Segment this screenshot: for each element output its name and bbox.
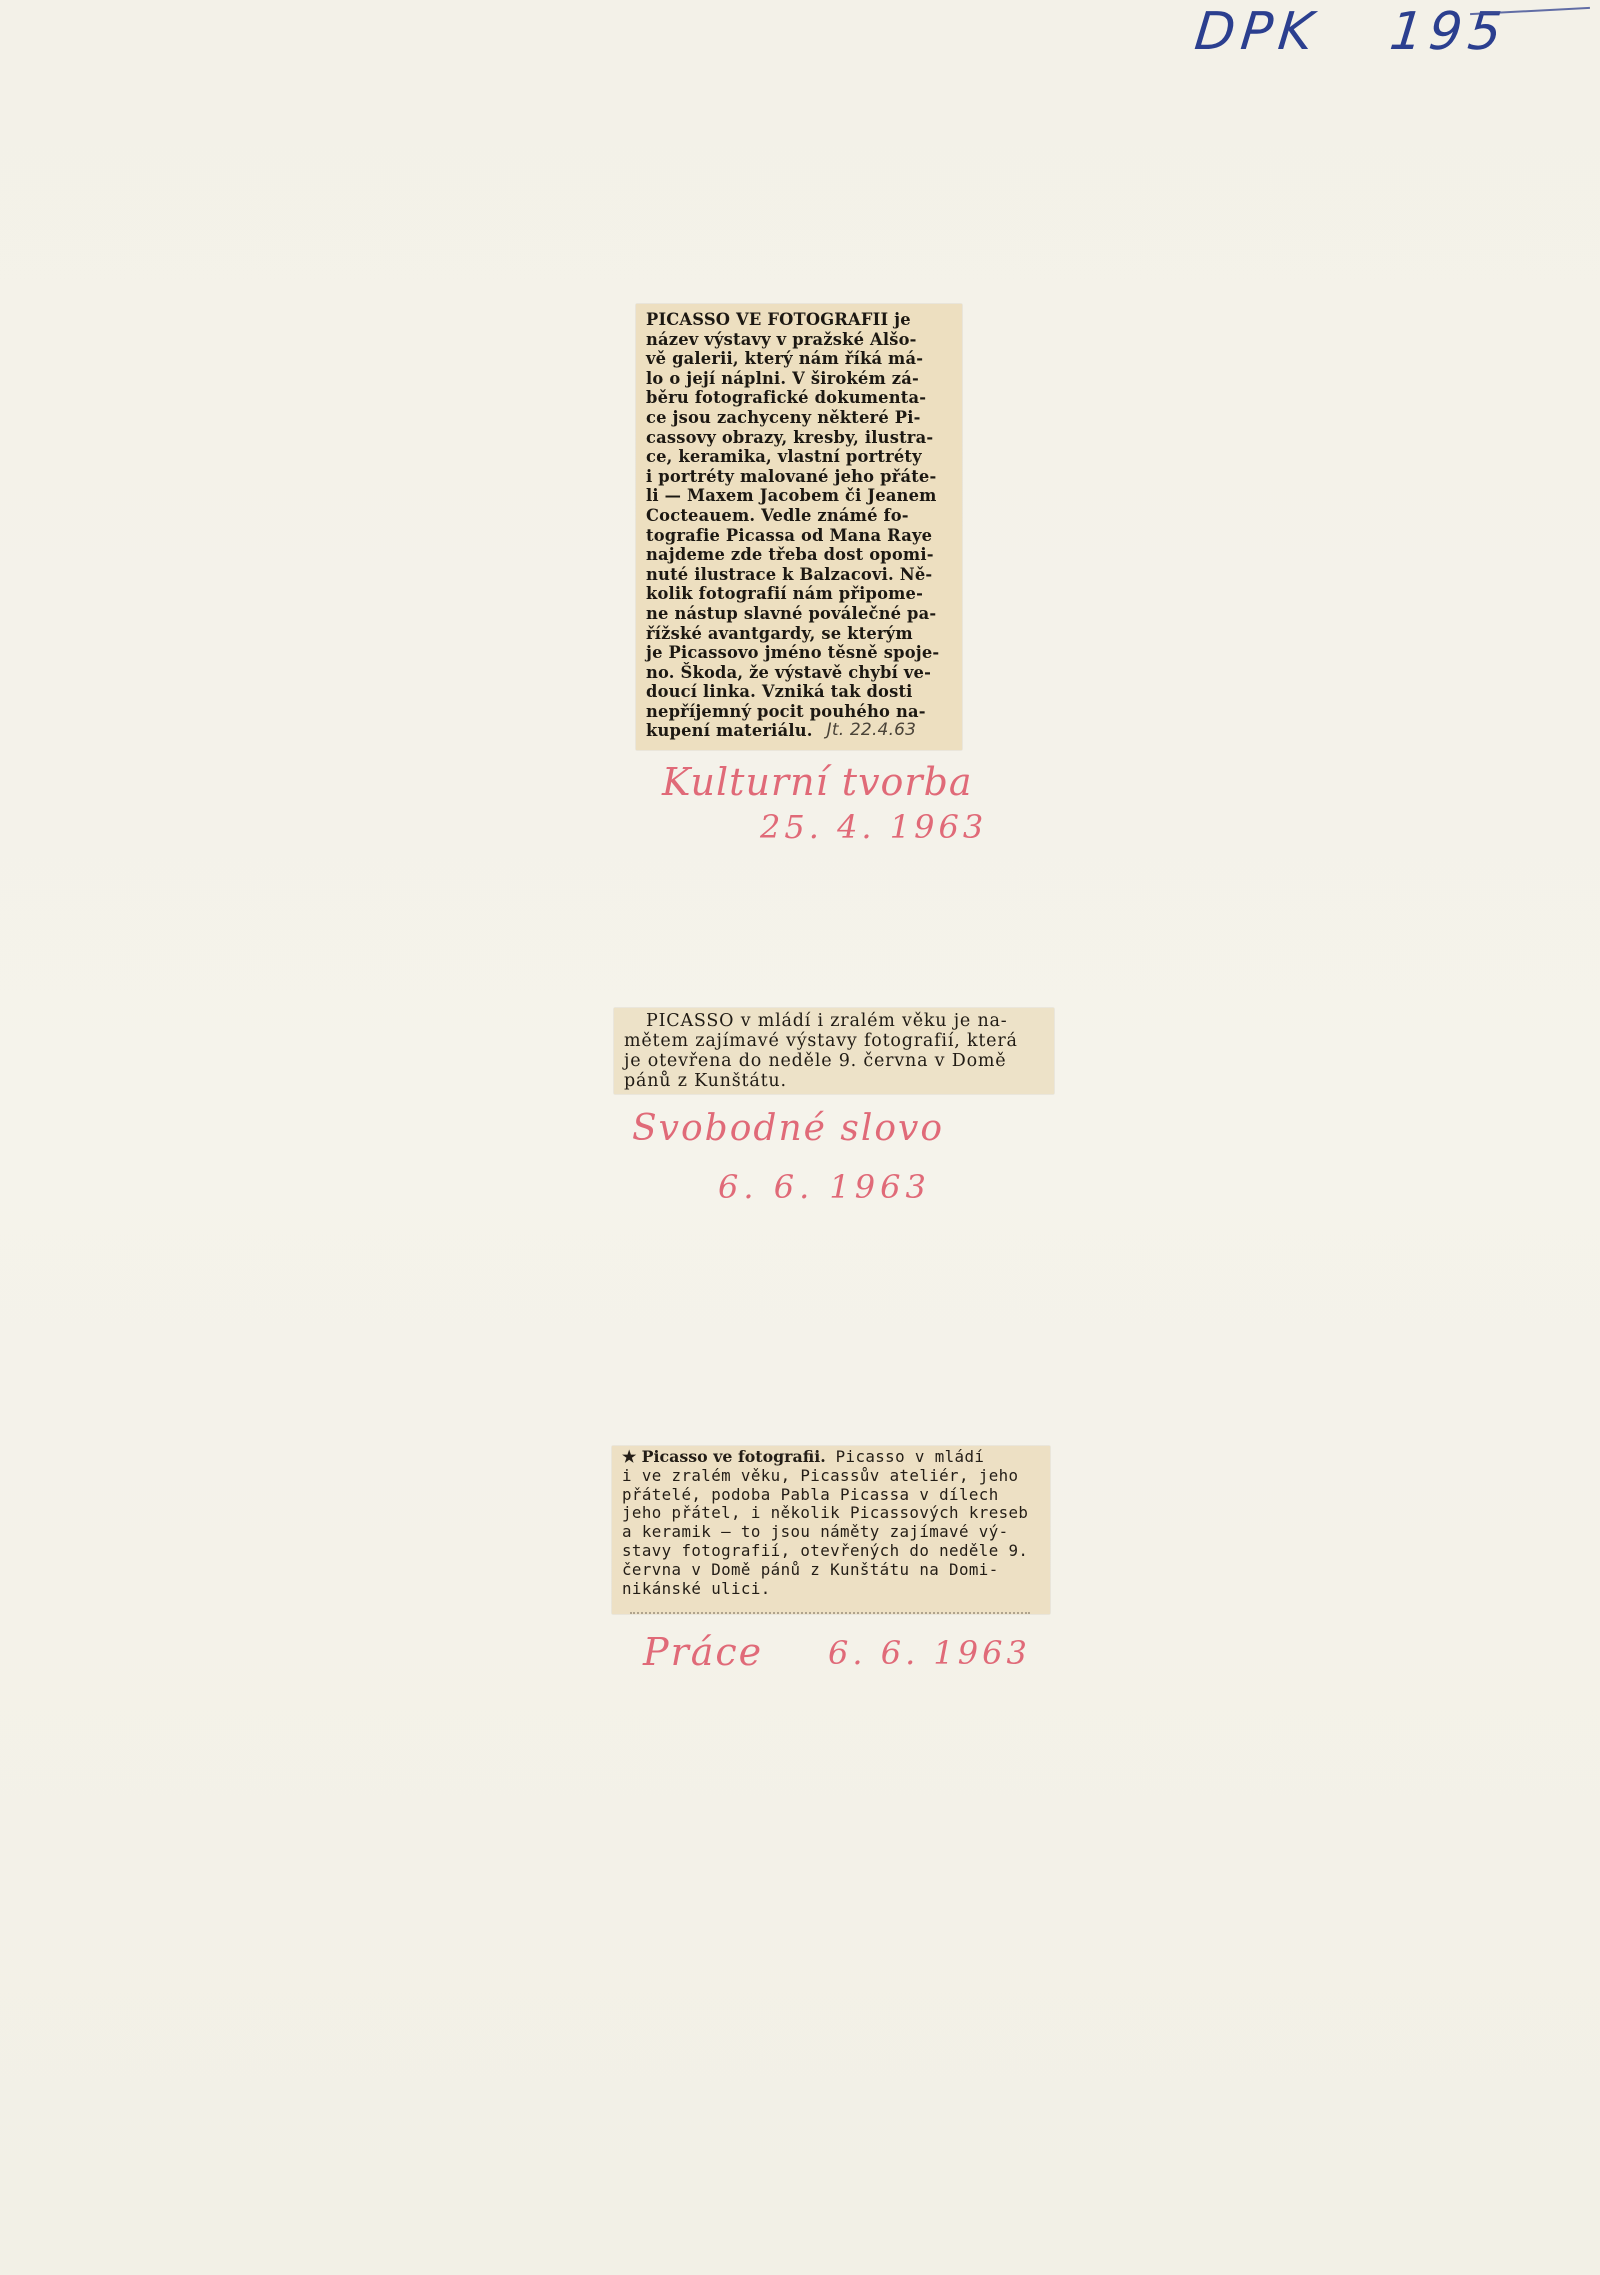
clipping-last-line: kupení materiálu. Jt. 22.4.63 xyxy=(646,721,954,741)
clipping-line: stavy fotografií, otevřených do neděle 9… xyxy=(622,1542,1042,1561)
handwritten-source: Práce xyxy=(643,1630,763,1674)
clipping-line: najdeme zde třeba dost opomi- xyxy=(646,545,954,565)
clipping-line: název výstavy v pražské Alšo- xyxy=(646,330,954,350)
clipping-line: přátelé, podoba Pabla Picassa v dílech xyxy=(622,1486,1042,1505)
clipping-line: doucí linka. Vzniká tak dosti xyxy=(646,682,954,702)
handwritten-source: Kulturní tvorba xyxy=(662,760,973,804)
clipping-line: nuté ilustrace k Balzacovi. Ně- xyxy=(646,565,954,585)
clipping-line: tografie Picassa od Mana Raye xyxy=(646,526,954,546)
clipping-line: Cocteauem. Vedle známé fo- xyxy=(646,506,954,526)
handwritten-date: 6. 6. 1963 xyxy=(718,1168,931,1206)
clipping-line: ce, keramika, vlastní portréty xyxy=(646,447,954,467)
clipping-line: a keramik — to jsou náměty zajímavé vý- xyxy=(622,1523,1042,1542)
clipping-line: běru fotografické dokumenta- xyxy=(646,388,954,408)
clipping-line: i portréty malované jeho přáte- xyxy=(646,467,954,487)
clipping-first-line: ★ Picasso ve fotografii. Picasso v mládí xyxy=(622,1448,1042,1467)
clipping-line: kupení materiálu. xyxy=(646,721,813,741)
handwritten-source: Svobodné slovo xyxy=(632,1108,944,1149)
archive-code: DPK xyxy=(1192,2,1322,62)
clipping-line: li — Maxem Jacobem či Jeanem xyxy=(646,486,954,506)
newspaper-clipping-kulturni-tvorba: PICASSO VE FOTOGRAFII je název výstavy v… xyxy=(636,304,962,750)
clipping-line: mětem zajímavé výstavy fotografií, která xyxy=(624,1031,1046,1051)
handwritten-date: 6. 6. 1963 xyxy=(828,1634,1031,1672)
clipping-headline: ★ Picasso ve fotografii. xyxy=(622,1447,826,1466)
clipping-line: kolik fotografií nám připome- xyxy=(646,584,954,604)
clipping-line: je otevřena do neděle 9. června v Domě xyxy=(624,1051,1046,1071)
clipping-line: cassovy obrazy, kresby, ilustra- xyxy=(646,428,954,448)
clipping-line: no. Škoda, že výstavě chybí ve- xyxy=(646,663,954,683)
clipping-line: řížské avantgardy, se kterým xyxy=(646,624,954,644)
newspaper-clipping-svobodne-slovo: PICASSO v mládí i zralém věku je na- mět… xyxy=(614,1008,1054,1094)
clipping-line: PICASSO v mládí i zralém věku je na- xyxy=(624,1011,1046,1031)
clipping-line: června v Domě pánů z Kunštátu na Domi- xyxy=(622,1561,1042,1580)
clipping-line: Picasso v mládí xyxy=(836,1447,985,1466)
clipping-line: je Picassovo jméno těsně spoje- xyxy=(646,643,954,663)
clipping-line: PICASSO VE FOTOGRAFII je xyxy=(646,310,954,330)
clipping-line: ce jsou zachyceny některé Pi- xyxy=(646,408,954,428)
pencil-annotation: Jt. 22.4.63 xyxy=(827,721,917,741)
clipping-line: nikánské ulici. xyxy=(622,1580,1042,1599)
clipping-line: nepříjemný pocit pouhého na- xyxy=(646,702,954,722)
handwritten-date: 25. 4. 1963 xyxy=(760,808,987,846)
clipping-line: vě galerii, který nám říká má- xyxy=(646,349,954,369)
clipping-cut-edge xyxy=(630,1612,1030,1618)
clipping-line: i ve zralém věku, Picassův ateliér, jeho xyxy=(622,1467,1042,1486)
clipping-line: pánů z Kunštátu. xyxy=(624,1071,1046,1091)
newspaper-clipping-prace: ★ Picasso ve fotografii. Picasso v mládí… xyxy=(612,1446,1050,1614)
clipping-line: lo o její náplni. V širokém zá- xyxy=(646,369,954,389)
archive-sheet: DPK 195 PICASSO VE FOTOGRAFII je název v… xyxy=(0,0,1600,2275)
clipping-line: ne nástup slavné poválečné pa- xyxy=(646,604,954,624)
clipping-line: jeho přátel, i několik Picassových krese… xyxy=(622,1504,1042,1523)
